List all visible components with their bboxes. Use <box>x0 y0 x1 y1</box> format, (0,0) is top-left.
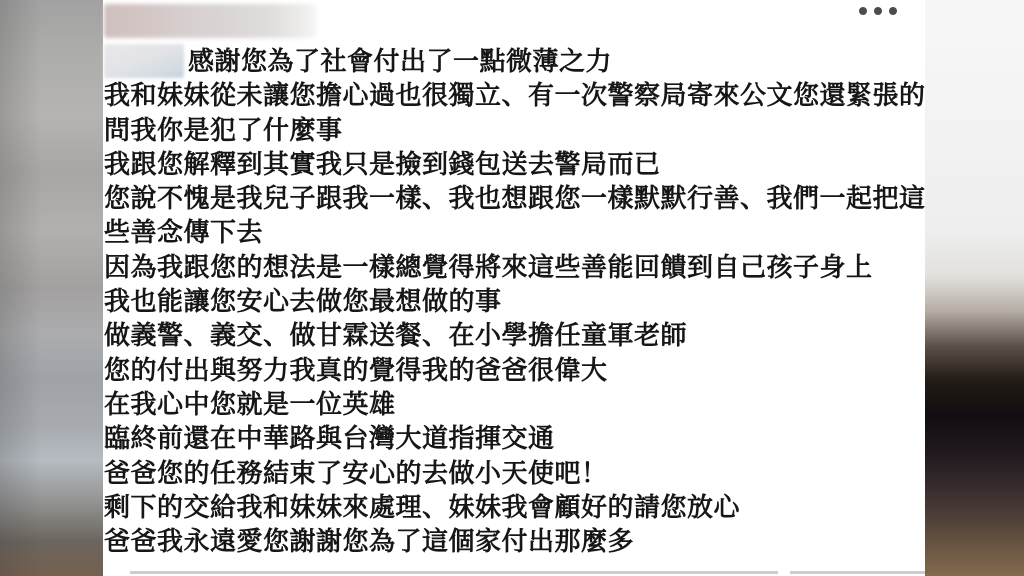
divider <box>130 571 778 574</box>
post-paragraph: 剩下的交給我和妹妹來處理、妹妹我會顧好的請您放心 <box>104 491 926 525</box>
post-paragraph: 爸爸我永遠愛您謝謝您為了這個家付出那麼多 <box>104 525 926 559</box>
post-paragraph: 因為我跟您的想法是一樣總覺得將來這些善能回饋到自己孩子身上 <box>104 251 926 285</box>
more-options-icon[interactable] <box>853 2 903 20</box>
post-paragraph: 做義警、義交、做甘霖送餐、在小學擔任童軍老師 <box>104 319 926 353</box>
dot <box>859 7 867 15</box>
blurred-background-left <box>0 0 103 576</box>
post-paragraph: 您的付出與努力我真的覺得我的爸爸很偉大 <box>104 354 926 388</box>
blurred-background-right <box>925 0 1024 576</box>
post-paragraph: 臨終前還在中華路與台灣大道指揮交通 <box>104 422 926 456</box>
dot <box>874 7 882 15</box>
post-paragraph: 您說不愧是我兒子跟我一樣、我也想跟您一樣默默行善、我們一起把這些善念傳下去 <box>104 182 926 251</box>
post-paragraph: 在我心中您就是一位英雄 <box>104 388 926 422</box>
dot <box>889 7 897 15</box>
tagged-name-blurred[interactable] <box>104 44 184 78</box>
post-paragraph: 我跟您解釋到其實我只是撿到錢包送去警局而已 <box>104 148 926 182</box>
post-text: 感謝您為了社會付出了一點微薄之力 我和妹妹從未讓您擔心過也很獨立、有一次警察局寄… <box>104 44 926 559</box>
post-paragraph: 感謝您為了社會付出了一點微薄之力 <box>104 44 926 79</box>
author-name-blurred[interactable] <box>104 4 316 38</box>
divider <box>790 571 925 574</box>
paragraph-text: 感謝您為了社會付出了一點微薄之力 <box>188 47 612 77</box>
post-paragraph: 我和妹妹從未讓您擔心過也很獨立、有一次警察局寄來公文您還緊張的問我你是犯了什麼事 <box>104 79 926 148</box>
post-paragraph: 我也能讓您安心去做您最想做的事 <box>104 285 926 319</box>
screenshot-canvas: 感謝您為了社會付出了一點微薄之力 我和妹妹從未讓您擔心過也很獨立、有一次警察局寄… <box>0 0 1024 576</box>
post-paragraph: 爸爸您的任務結束了安心的去做小天使吧！ <box>104 457 926 491</box>
